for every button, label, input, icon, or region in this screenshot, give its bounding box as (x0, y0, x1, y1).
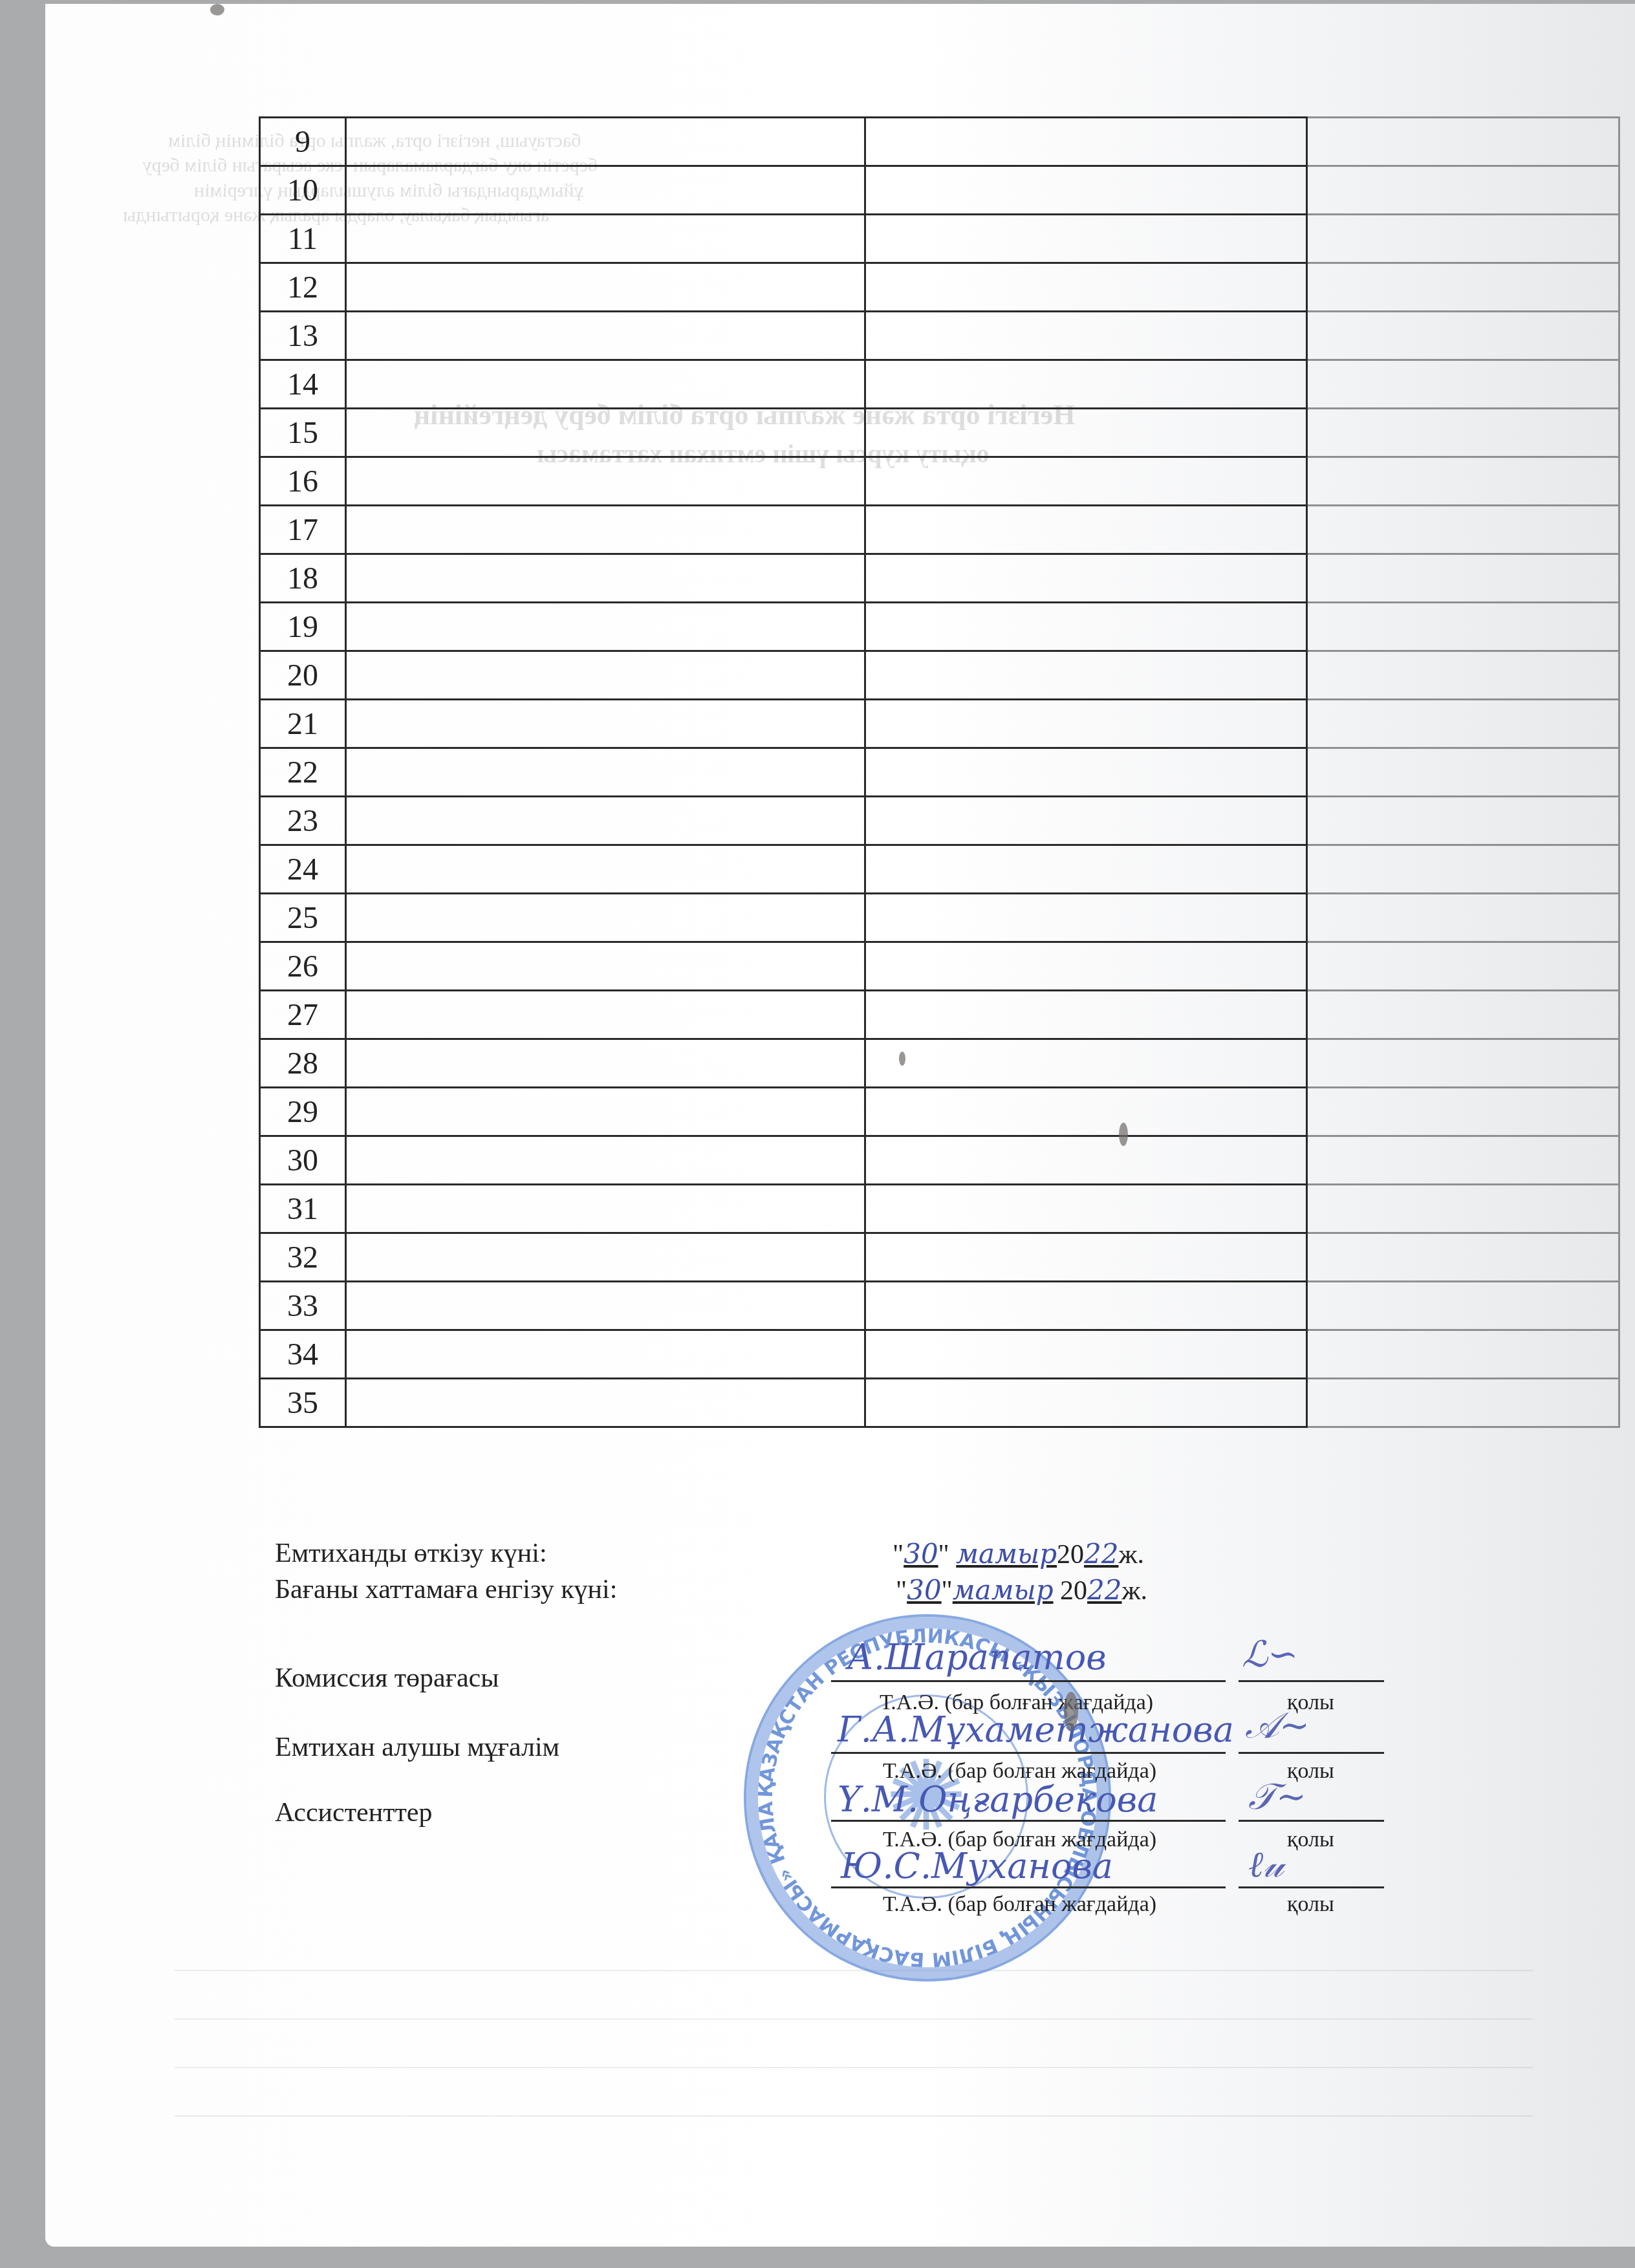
grade-entry-date-value: "30"мамыр 2022ж. (896, 1574, 1147, 1606)
grade-cell (865, 1185, 1307, 1233)
table-row: 16 (260, 457, 1619, 506)
row-number-cell: 33 (260, 1282, 346, 1330)
student-name-cell (346, 1233, 865, 1282)
grade-cell (865, 118, 1307, 166)
student-name-cell (346, 1136, 865, 1185)
extra-cell (1307, 1233, 1619, 1282)
row-number-cell: 12 (260, 263, 346, 312)
teacher-signature: 𝒜∼ (1245, 1705, 1310, 1747)
extra-cell (1307, 748, 1619, 797)
extra-cell (1307, 894, 1619, 942)
row-number-cell: 19 (260, 603, 346, 651)
grade-cell (865, 1282, 1307, 1330)
grade-entry-suffix: ж. (1122, 1576, 1148, 1606)
extra-cell (1307, 118, 1619, 166)
student-name-cell (346, 457, 865, 506)
row-number-cell: 28 (260, 1039, 346, 1088)
assistant-1-sign-caption: қолы (1287, 1828, 1334, 1852)
table-row: 35 (260, 1379, 1619, 1427)
extra-cell (1307, 991, 1619, 1039)
grade-entry-month: мамыр (953, 1574, 1054, 1606)
assistants-label: Ассистенттер (275, 1797, 433, 1828)
extra-cell (1307, 506, 1619, 554)
row-number-cell: 10 (260, 166, 346, 215)
teacher-role-label: Емтихан алушы мұғалім (275, 1732, 559, 1763)
table-row: 13 (260, 312, 1619, 360)
table-row: 29 (260, 1088, 1619, 1136)
student-name-cell (346, 942, 865, 991)
row-number-cell: 23 (260, 797, 346, 845)
table-row: 9 (260, 118, 1619, 166)
grade-cell (865, 942, 1307, 991)
student-name-cell (346, 1282, 865, 1330)
extra-cell (1307, 1185, 1619, 1233)
grade-cell (865, 1330, 1307, 1379)
extra-cell (1307, 457, 1619, 506)
row-number-cell: 34 (260, 1330, 346, 1379)
student-name-cell (346, 1379, 865, 1427)
grade-cell (865, 700, 1307, 748)
student-name-cell (346, 603, 865, 651)
extra-cell (1307, 1379, 1619, 1427)
extra-cell (1307, 797, 1619, 845)
student-name-cell (346, 991, 865, 1039)
scan-speck (1119, 1123, 1128, 1146)
student-name-cell (346, 506, 865, 554)
grade-cell (865, 603, 1307, 651)
student-name-cell (346, 118, 865, 166)
table-row: 33 (260, 1282, 1619, 1330)
grade-entry-year: 22 (1087, 1574, 1121, 1606)
row-number-cell: 31 (260, 1185, 346, 1233)
assistant-2-signature: ℓ𝓊 (1248, 1844, 1284, 1886)
table-row: 20 (260, 651, 1619, 700)
grade-cell (865, 312, 1307, 360)
document-page: бастауыш, негізгі орта, жалпы орта білім… (45, 4, 1635, 2247)
student-name-cell (346, 1330, 865, 1379)
teacher-name-line (831, 1752, 1226, 1754)
student-name-cell (346, 797, 865, 845)
row-number-cell: 25 (260, 894, 346, 942)
assistant-2-name-line (831, 1886, 1226, 1888)
grade-cell (865, 651, 1307, 700)
row-number-cell: 30 (260, 1136, 346, 1185)
grade-cell (865, 457, 1307, 506)
student-name-cell (346, 894, 865, 942)
grade-cell (865, 1088, 1307, 1136)
exam-date-day: 30 (904, 1538, 938, 1570)
row-number-cell: 17 (260, 506, 346, 554)
extra-cell (1307, 1039, 1619, 1088)
bleed-through-rule (175, 2067, 1533, 2068)
row-number-cell: 24 (260, 845, 346, 894)
student-name-cell (346, 651, 865, 700)
row-number-cell: 32 (260, 1233, 346, 1282)
row-number-cell: 16 (260, 457, 346, 506)
exam-date-year: 22 (1084, 1538, 1118, 1570)
table-row: 19 (260, 603, 1619, 651)
grade-cell (865, 215, 1307, 263)
student-name-cell (346, 360, 865, 409)
teacher-sign-line (1239, 1752, 1384, 1754)
assistant-1-name-handwritten: Ү.М.Оңғарбекова (838, 1779, 1158, 1820)
table-row: 10 (260, 166, 1619, 215)
row-number-cell: 27 (260, 991, 346, 1039)
grade-cell (865, 1039, 1307, 1088)
grade-cell (865, 1136, 1307, 1185)
grade-cell (865, 554, 1307, 603)
teacher-name-handwritten: Г.А.Мұхаметжанова (838, 1709, 1234, 1750)
table-row: 12 (260, 263, 1619, 312)
extra-cell (1307, 554, 1619, 603)
extra-cell (1307, 1330, 1619, 1379)
row-number-cell: 21 (260, 700, 346, 748)
exam-date-value: "30" мамыр2022ж. (893, 1538, 1144, 1570)
grade-cell (865, 409, 1307, 457)
extra-cell (1307, 312, 1619, 360)
student-name-cell (346, 554, 865, 603)
student-name-cell (346, 1088, 865, 1136)
grade-cell (865, 845, 1307, 894)
row-number-cell: 29 (260, 1088, 346, 1136)
row-number-cell: 14 (260, 360, 346, 409)
grade-entry-date-label: Бағаны хаттамаға енгізу күні: (275, 1574, 617, 1605)
table-row: 31 (260, 1185, 1619, 1233)
student-name-cell (346, 215, 865, 263)
table-row: 28 (260, 1039, 1619, 1088)
assistant-1-signature: 𝒯∼ (1248, 1776, 1306, 1819)
assistant-2-sign-line (1239, 1886, 1384, 1888)
student-name-cell (346, 409, 865, 457)
extra-cell (1307, 942, 1619, 991)
table-row: 15 (260, 409, 1619, 457)
assistant-2-name-handwritten: Ю.С.Муханова (841, 1846, 1113, 1886)
exam-date-month: мамыр (956, 1538, 1057, 1570)
grade-cell (865, 797, 1307, 845)
extra-cell (1307, 215, 1619, 263)
student-name-cell (346, 1039, 865, 1088)
grade-table: 9101112131415161718192021222324252627282… (259, 116, 1620, 1428)
chair-role-label: Комиссия төрағасы (275, 1663, 499, 1694)
assistant-2-sign-caption: қолы (1287, 1892, 1334, 1917)
student-name-cell (346, 166, 865, 215)
grade-cell (865, 360, 1307, 409)
bleed-through-rule (175, 2018, 1533, 2020)
table-row: 30 (260, 1136, 1619, 1185)
grade-cell (865, 1233, 1307, 1282)
table-row: 26 (260, 942, 1619, 991)
grade-cell (865, 1379, 1307, 1427)
assistant-1-name-line (831, 1820, 1226, 1822)
table-row: 24 (260, 845, 1619, 894)
grade-entry-century: 20 (1060, 1576, 1087, 1606)
table-row: 17 (260, 506, 1619, 554)
extra-cell (1307, 360, 1619, 409)
row-number-cell: 9 (260, 118, 346, 166)
student-name-cell (346, 700, 865, 748)
grade-entry-day: 30 (907, 1574, 941, 1606)
assistant-2-name-caption: Т.А.Ә. (бар болған жағдайда) (883, 1892, 1156, 1917)
grade-cell (865, 748, 1307, 797)
exam-date-century: 20 (1057, 1540, 1084, 1570)
student-name-cell (346, 748, 865, 797)
grade-cell (865, 263, 1307, 312)
row-number-cell: 13 (260, 312, 346, 360)
scan-speck (1064, 1692, 1078, 1731)
grade-cell (865, 506, 1307, 554)
row-number-cell: 20 (260, 651, 346, 700)
grade-cell (865, 991, 1307, 1039)
extra-cell (1307, 1088, 1619, 1136)
student-name-cell (346, 845, 865, 894)
table-row: 34 (260, 1330, 1619, 1379)
extra-cell (1307, 700, 1619, 748)
extra-cell (1307, 1136, 1619, 1185)
table-row: 14 (260, 360, 1619, 409)
table-row: 18 (260, 554, 1619, 603)
table-row: 25 (260, 894, 1619, 942)
chair-signature: ℒ∽ (1242, 1634, 1298, 1676)
row-number-cell: 18 (260, 554, 346, 603)
extra-cell (1307, 409, 1619, 457)
row-number-cell: 35 (260, 1379, 346, 1427)
chair-name-line (831, 1680, 1226, 1682)
extra-cell (1307, 263, 1619, 312)
grade-cell (865, 894, 1307, 942)
row-number-cell: 11 (260, 215, 346, 263)
extra-cell (1307, 845, 1619, 894)
student-name-cell (346, 312, 865, 360)
chair-sign-line (1239, 1680, 1384, 1682)
scan-speck (899, 1052, 905, 1066)
exam-date-label: Емтиханды өткізу күні: (275, 1538, 547, 1569)
table-row: 27 (260, 991, 1619, 1039)
table-row: 23 (260, 797, 1619, 845)
extra-cell (1307, 603, 1619, 651)
extra-cell (1307, 651, 1619, 700)
assistant-1-sign-line (1239, 1820, 1384, 1822)
bleed-through-rule (175, 2115, 1533, 2117)
chair-name-handwritten: А.Шарапатов (847, 1637, 1107, 1678)
grade-cell (865, 166, 1307, 215)
exam-date-suffix: ж. (1119, 1540, 1145, 1570)
table-row: 22 (260, 748, 1619, 797)
extra-cell (1307, 166, 1619, 215)
student-name-cell (346, 263, 865, 312)
extra-cell (1307, 1282, 1619, 1330)
row-number-cell: 15 (260, 409, 346, 457)
row-number-cell: 22 (260, 748, 346, 797)
row-number-cell: 26 (260, 942, 346, 991)
scan-speck (210, 4, 224, 16)
table-row: 32 (260, 1233, 1619, 1282)
table-row: 21 (260, 700, 1619, 748)
student-name-cell (346, 1185, 865, 1233)
table-row: 11 (260, 215, 1619, 263)
